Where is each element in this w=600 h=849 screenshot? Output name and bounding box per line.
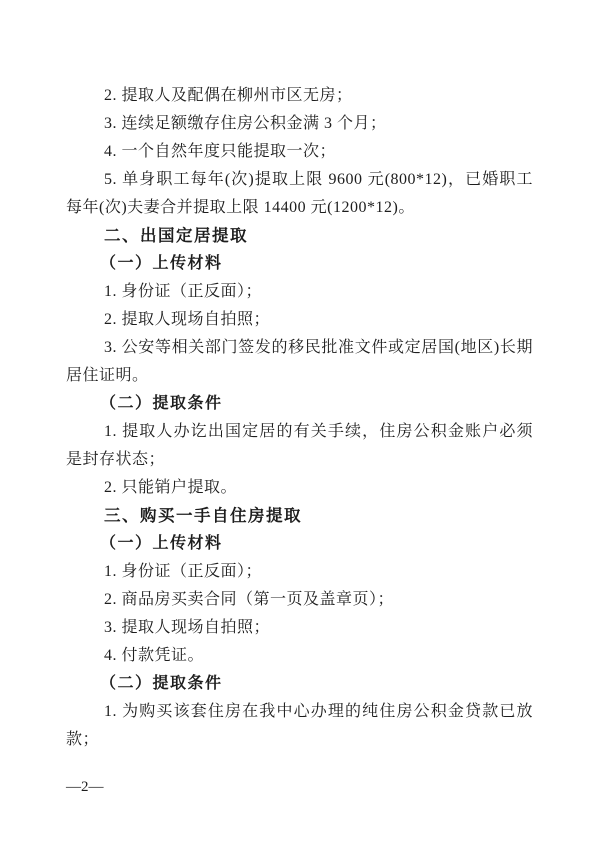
paragraph: 2. 提取人现场自拍照； [66, 306, 533, 334]
section-heading: 三、购买一手自住房提取 [66, 502, 533, 530]
paragraph: 4. 付款凭证。 [66, 642, 533, 670]
paragraph: 4. 一个自然年度只能提取一次； [66, 138, 533, 166]
paragraph: 2. 提取人及配偶在柳州市区无房； [66, 82, 533, 110]
paragraph: 3. 公安等相关部门签发的移民批准文件或定居国(地区)长期居住证明。 [66, 334, 533, 390]
paragraph: 1. 为购买该套住房在我中心办理的纯住房公积金贷款已放款； [66, 698, 533, 754]
paragraph: 1. 身份证（正反面）； [66, 278, 533, 306]
page-number: —2— [66, 778, 104, 796]
document-page: 2. 提取人及配偶在柳州市区无房； 3. 连续足额缴存住房公积金满 3 个月； … [0, 0, 600, 849]
paragraph: 1. 身份证（正反面）； [66, 558, 533, 586]
paragraph: 2. 只能销户提取。 [66, 474, 533, 502]
section-heading: 二、出国定居提取 [66, 222, 533, 250]
paragraph: 2. 商品房买卖合同（第一页及盖章页）； [66, 586, 533, 614]
paragraph: 3. 连续足额缴存住房公积金满 3 个月； [66, 110, 533, 138]
paragraph: 3. 提取人现场自拍照； [66, 614, 533, 642]
subsection-heading: （一）上传材料 [66, 530, 533, 558]
subsection-heading: （二）提取条件 [66, 390, 533, 418]
paragraph: 1. 提取人办讫出国定居的有关手续，住房公积金账户必须是封存状态； [66, 418, 533, 474]
document-body: 2. 提取人及配偶在柳州市区无房； 3. 连续足额缴存住房公积金满 3 个月； … [66, 82, 533, 754]
paragraph: 5. 单身职工每年(次)提取上限 9600 元(800*12)，已婚职工每年(次… [66, 166, 533, 222]
subsection-heading: （二）提取条件 [66, 670, 533, 698]
subsection-heading: （一）上传材料 [66, 250, 533, 278]
